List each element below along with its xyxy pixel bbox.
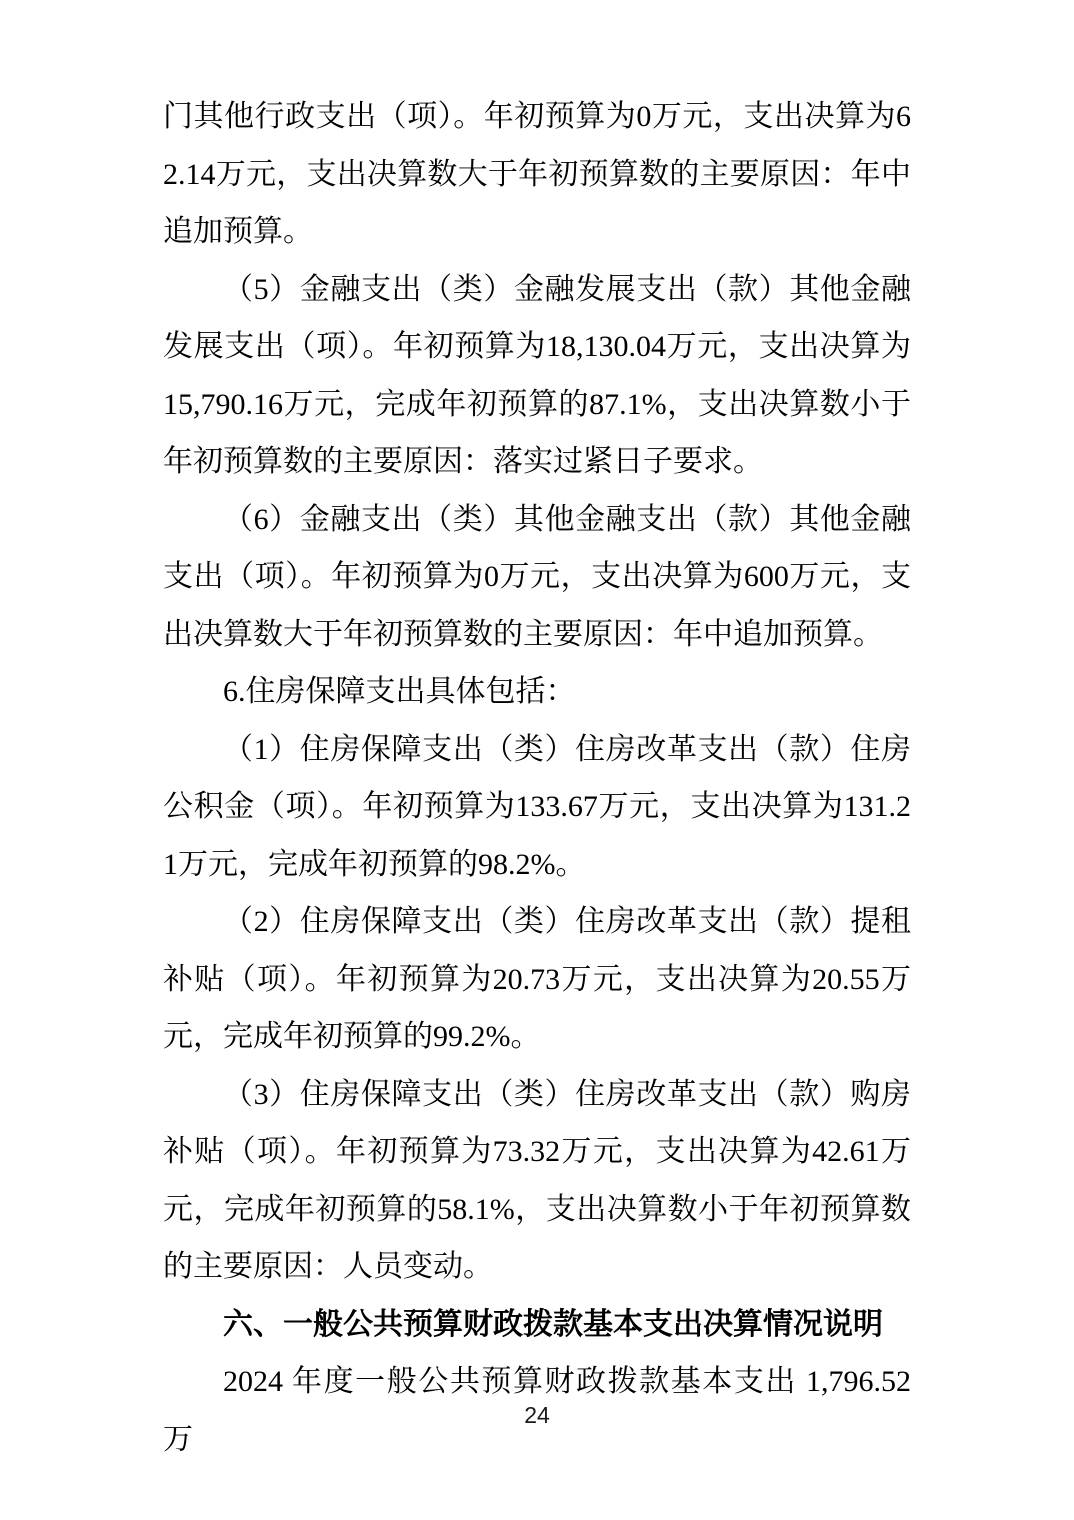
paragraph: （3）住房保障支出（类）住房改革支出（款）购房补贴（项）。年初预算为73.32万… bbox=[163, 1066, 911, 1296]
document-page: 门其他行政支出（项）。年初预算为0万元，支出决算为62.14万元，支出决算数大于… bbox=[0, 0, 1074, 1520]
document-body: 门其他行政支出（项）。年初预算为0万元，支出决算为62.14万元，支出决算数大于… bbox=[163, 88, 911, 1468]
page-number: 24 bbox=[524, 1402, 550, 1428]
paragraph: （2）住房保障支出（类）住房改革支出（款）提租补贴（项）。年初预算为20.73万… bbox=[163, 893, 911, 1066]
paragraph: （6）金融支出（类）其他金融支出（款）其他金融支出（项）。年初预算为0万元，支出… bbox=[163, 491, 911, 664]
paragraph: （1）住房保障支出（类）住房改革支出（款）住房公积金（项）。年初预算为133.6… bbox=[163, 721, 911, 894]
paragraph: 6.住房保障支出具体包括： bbox=[163, 663, 911, 721]
page-footer: 24 bbox=[0, 1402, 1074, 1429]
paragraph: 门其他行政支出（项）。年初预算为0万元，支出决算为62.14万元，支出决算数大于… bbox=[163, 88, 911, 261]
section-heading: 六、一般公共预算财政拨款基本支出决算情况说明 bbox=[163, 1296, 911, 1354]
paragraph: （5）金融支出（类）金融发展支出（款）其他金融发展支出（项）。年初预算为18,1… bbox=[163, 261, 911, 491]
